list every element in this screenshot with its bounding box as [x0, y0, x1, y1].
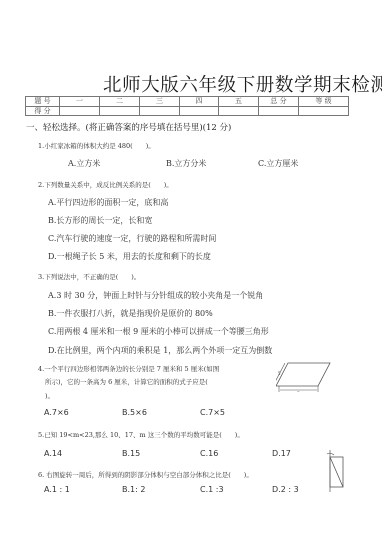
question-5-stem: 5.已知 19<m<23,那么 10、17、m 这三个数的平均数可能是( )。	[38, 430, 244, 439]
question-6-stem: 6. 右图旋转一周后，所得到的阴影部分体积与空白部分体积之比是( )。	[38, 470, 253, 479]
score-cell-3	[140, 106, 180, 116]
score-cell-grade	[299, 106, 349, 116]
header-cell-5: 五	[219, 97, 259, 107]
question-1-option-c: C.立方厘米	[258, 158, 298, 169]
question-6-option-c: C.1 :3	[200, 485, 224, 494]
question-3-option-c: C.用两根 4 厘米和一根 9 厘米的小棒可以拼成一个等腰三角形	[48, 326, 269, 337]
question-3-option-a: A.3 时 30 分，钟面上时针与分针组成的较小夹角是一个锐角	[48, 290, 263, 301]
question-4-option-c: C.7×5	[200, 408, 225, 417]
question-2-option-a: A.平行四边形的面积一定，底和高	[48, 197, 168, 208]
question-4-stem-line-3: )。	[45, 391, 54, 400]
header-cell-total: 总 分	[259, 97, 299, 107]
score-cell-total	[259, 106, 299, 116]
score-cell-5	[219, 106, 259, 116]
question-6-option-a: A.1 : 1	[44, 485, 70, 494]
question-3-stem: 3.下列说法中，不正确的是( )。	[38, 272, 140, 281]
question-2-option-d: D.一根绳子长 5 米，用去的长度和剩下的长度	[48, 251, 211, 262]
question-4-stem-line-1: 4.一个平行四边形相邻两条边的长分别是 7 厘米和 5 厘米(如图	[38, 364, 219, 373]
question-2-option-c: C.汽车行驶的速度一定，行驶的路程和所需时间	[48, 233, 216, 244]
score-table-score-row: 得 分	[26, 106, 349, 116]
header-cell-2: 二	[100, 97, 140, 107]
header-cell-question-no: 题 号	[26, 97, 60, 107]
page-title: 北师大版六年级下册数学期末检测卷	[103, 71, 382, 97]
score-cell-1	[60, 106, 100, 116]
question-5-option-a: A.14	[44, 449, 62, 458]
score-table-header-row: 题 号 一 二 三 四 五 总 分 等 级	[26, 97, 349, 107]
question-5-option-b: B.15	[122, 449, 140, 458]
score-cell-2	[100, 106, 140, 116]
section-heading: 一、轻松选择。(将正确答案的序号填在括号里)(12 分)	[26, 121, 231, 133]
question-4-option-b: B.5×6	[122, 408, 147, 417]
parallelogram-figure: 5 7	[276, 360, 336, 392]
header-cell-grade: 等 级	[299, 97, 349, 107]
header-cell-1: 一	[60, 97, 100, 107]
question-5-option-c: C.16	[200, 449, 218, 458]
header-cell-4: 四	[180, 97, 219, 107]
score-table: 题 号 一 二 三 四 五 总 分 等 级 得 分	[25, 96, 349, 116]
question-3-option-d: D.在比例里，两个内项的乘积是 1，那么两个外项一定互为倒数	[48, 345, 272, 356]
question-1-stem: 1.小红家冰箱的体积大约是 480( )。	[38, 141, 155, 150]
question-5-option-d: D.17	[272, 449, 291, 458]
question-2-option-b: B.长方形的周长一定，长和宽	[48, 215, 152, 226]
question-3-option-b: B.一件衣服打八折，就是指现价是原价的 80%	[48, 308, 213, 319]
figure-label-7: 7	[297, 391, 300, 392]
question-4-stem-line-2: 所示)，它的一条高为 6 厘米，计算它的面积的式子应是(	[45, 377, 208, 386]
question-1-option-b: B.立方分米	[166, 158, 206, 169]
question-2-stem: 2.下列数量关系中，成反比例关系的是( )。	[38, 180, 173, 189]
score-cell-4	[180, 106, 219, 116]
header-cell-3: 三	[140, 97, 180, 107]
question-4-option-a: A.7×6	[44, 408, 69, 417]
question-1-option-a: A.立方米	[68, 158, 100, 169]
rotation-rectangle-figure	[326, 450, 348, 492]
score-label-cell: 得 分	[26, 106, 60, 116]
question-6-option-d: D.2 : 3	[272, 485, 299, 494]
question-6-option-b: B.1: 2	[122, 485, 145, 494]
